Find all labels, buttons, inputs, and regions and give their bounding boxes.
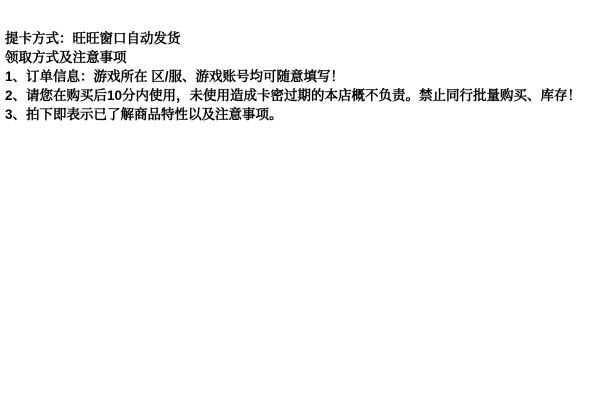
pickup-method-line: 提卡方式：旺旺窗口自动发货 [5, 29, 600, 48]
notice-item-1: 1、订单信息：游戏所在 区/服、游戏账号均可随意填写！ [5, 67, 600, 86]
notice-item-3: 3、拍下即表示已了解商品特性以及注意事项。 [5, 105, 600, 124]
claim-method-title: 领取方式及注意事项 [5, 48, 600, 67]
product-notice: 提卡方式：旺旺窗口自动发货 领取方式及注意事项 1、订单信息：游戏所在 区/服、… [0, 0, 600, 124]
notice-item-2: 2、请您在购买后10分内使用，未使用造成卡密过期的本店概不负责。禁止同行批量购买… [5, 86, 600, 105]
